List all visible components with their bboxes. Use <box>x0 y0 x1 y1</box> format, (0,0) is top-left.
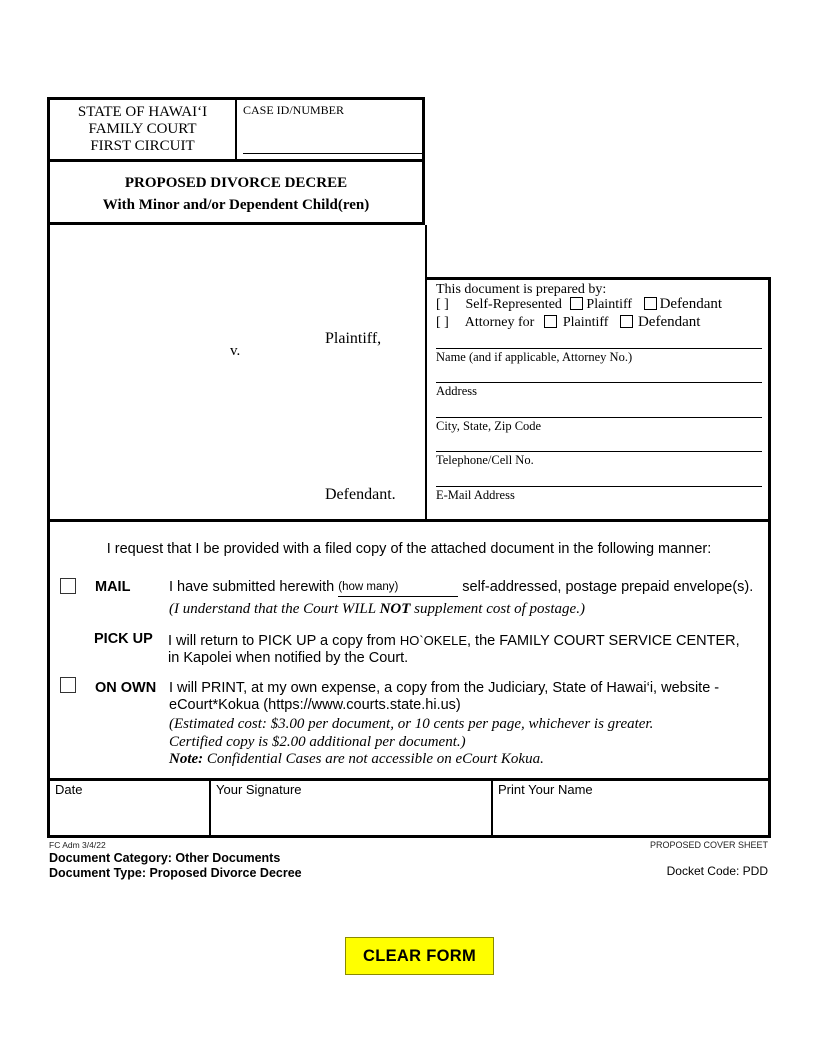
hookele-name: HO`OKELE <box>400 633 467 648</box>
telephone-line <box>436 451 762 452</box>
prepared-by-title: This document is prepared by: <box>436 282 606 297</box>
print-name-cell: Print Your Name <box>493 778 768 835</box>
confidential-note: Note: Confidential Cases are not accessi… <box>169 751 653 769</box>
date-label: Date <box>55 782 82 797</box>
signature-label: Your Signature <box>216 782 302 797</box>
plaintiff-name-input[interactable] <box>56 231 310 335</box>
address-line <box>436 382 762 383</box>
defendant-name-input[interactable] <box>56 375 310 479</box>
document-meta: Document Category: Other Documents Docum… <box>49 851 302 881</box>
case-id-input[interactable] <box>243 133 425 153</box>
court-circuit: FIRST CIRCUIT <box>50 138 235 155</box>
pickup-label: PICK UP <box>94 631 153 647</box>
date-cell: Date <box>50 778 211 835</box>
attorney-plaintiff-label: Plaintiff <box>563 315 609 330</box>
document-category: Document Category: Other Documents <box>49 851 302 866</box>
self-represented-bracket[interactable]: [ ] <box>436 296 462 313</box>
court-state: STATE OF HAWAI‘I <box>50 104 235 121</box>
on-own-line-1: I will PRINT, at my own expense, a copy … <box>169 680 719 697</box>
address-label: Address <box>436 384 477 399</box>
telephone-label: Telephone/Cell No. <box>436 453 534 468</box>
prepared-by-box: This document is prepared by: [ ] Self-R… <box>425 277 771 521</box>
mail-text: I have submitted herewith (how many) sel… <box>169 579 753 597</box>
pickup-line-1a: I will return to PICK UP a copy from <box>168 633 400 649</box>
on-own-label: ON OWN <box>95 680 156 696</box>
attorney-plaintiff-checkbox[interactable] <box>544 315 557 328</box>
city-state-zip-input[interactable] <box>436 398 766 418</box>
note-label: Note: <box>169 751 203 767</box>
attorney-defendant-label: Defendant <box>638 314 700 330</box>
clear-form-button[interactable]: CLEAR FORM <box>345 937 494 975</box>
print-name-input[interactable] <box>498 807 750 829</box>
email-line <box>436 486 762 487</box>
attorney-defendant-checkbox[interactable] <box>620 315 633 328</box>
city-state-zip-line <box>436 417 762 418</box>
on-own-text: I will PRINT, at my own expense, a copy … <box>169 680 719 714</box>
mail-postage-note: (I understand that the Court WILL NOT su… <box>169 601 585 619</box>
signature-input[interactable] <box>216 807 472 829</box>
cost-note-line-1: (Estimated cost: $3.00 per document, or … <box>169 716 653 734</box>
name-label: Name (and if applicable, Attorney No.) <box>436 350 632 365</box>
cost-note: (Estimated cost: $3.00 per document, or … <box>169 716 653 769</box>
self-plaintiff-checkbox[interactable] <box>570 297 583 310</box>
mail-label: MAIL <box>95 579 130 595</box>
signature-row: Date Your Signature Print Your Name <box>47 778 771 838</box>
how-many-input[interactable]: (how many) <box>338 579 458 597</box>
form-id: FC Adm 3/4/22 <box>49 840 106 850</box>
document-type: Document Type: Proposed Divorce Decree <box>49 866 302 881</box>
court-name: STATE OF HAWAI‘I FAMILY COURT FIRST CIRC… <box>50 100 237 159</box>
pickup-line-1c: , the FAMILY COURT SERVICE CENTER, <box>467 633 740 649</box>
self-represented-row: [ ] Self-Represented Plaintiff Defendant <box>436 296 722 313</box>
case-id-underline <box>243 153 423 154</box>
mail-text-before: I have submitted herewith <box>169 579 334 595</box>
court-type: FAMILY COURT <box>50 121 235 138</box>
telephone-input[interactable] <box>436 433 766 453</box>
request-intro: I request that I be provided with a file… <box>50 541 768 557</box>
print-name-label: Print Your Name <box>498 782 593 797</box>
postage-note-not: NOT <box>380 601 411 617</box>
self-plaintiff-label: Plaintiff <box>586 297 632 312</box>
cost-note-line-2: Certified copy is $2.00 additional per d… <box>169 734 653 752</box>
mail-checkbox[interactable] <box>60 578 76 594</box>
self-defendant-checkbox[interactable] <box>644 297 657 310</box>
header-divider <box>50 159 422 162</box>
mail-text-after: self-addressed, postage prepaid envelope… <box>462 579 753 595</box>
court-header-box: STATE OF HAWAI‘I FAMILY COURT FIRST CIRC… <box>47 97 425 225</box>
self-defendant-label: Defendant <box>660 296 722 312</box>
document-title: PROPOSED DIVORCE DECREE <box>50 172 422 194</box>
attorney-for-label: Attorney for <box>465 315 535 330</box>
document-title-block: PROPOSED DIVORCE DECREE With Minor and/o… <box>50 172 422 216</box>
copy-request-box: I request that I be provided with a file… <box>47 519 771 781</box>
on-own-checkbox[interactable] <box>60 677 76 693</box>
plaintiff-label: Plaintiff, <box>325 330 381 348</box>
document-subtitle: With Minor and/or Dependent Child(ren) <box>50 194 422 216</box>
versus-label: v. <box>230 343 240 360</box>
name-line <box>436 348 762 349</box>
address-input[interactable] <box>436 364 766 384</box>
email-label: E-Mail Address <box>436 488 515 503</box>
docket-code: Docket Code: PDD <box>667 864 768 878</box>
postage-note-b: supplement cost of postage.) <box>410 601 585 617</box>
on-own-line-2: eCourt*Kokua (https://www.courts.state.h… <box>169 697 719 714</box>
pickup-line-2: in Kapolei when notified by the Court. <box>168 650 740 667</box>
note-text: Confidential Cases are not accessible on… <box>203 751 544 767</box>
name-input[interactable] <box>436 329 766 349</box>
email-input[interactable] <box>436 467 766 487</box>
date-input[interactable] <box>55 807 202 829</box>
postage-note-a: (I understand that the Court WILL <box>169 601 380 617</box>
self-represented-label: Self-Represented <box>466 297 562 312</box>
pickup-text: I will return to PICK UP a copy from HO`… <box>168 632 740 667</box>
pickup-line-1: I will return to PICK UP a copy from HO`… <box>168 632 740 650</box>
signature-cell: Your Signature <box>211 778 493 835</box>
defendant-label: Defendant. <box>325 486 396 504</box>
case-caption: v. Plaintiff, Defendant. <box>47 225 427 521</box>
cover-sheet-label: PROPOSED COVER SHEET <box>650 840 768 850</box>
city-state-zip-label: City, State, Zip Code <box>436 419 541 434</box>
